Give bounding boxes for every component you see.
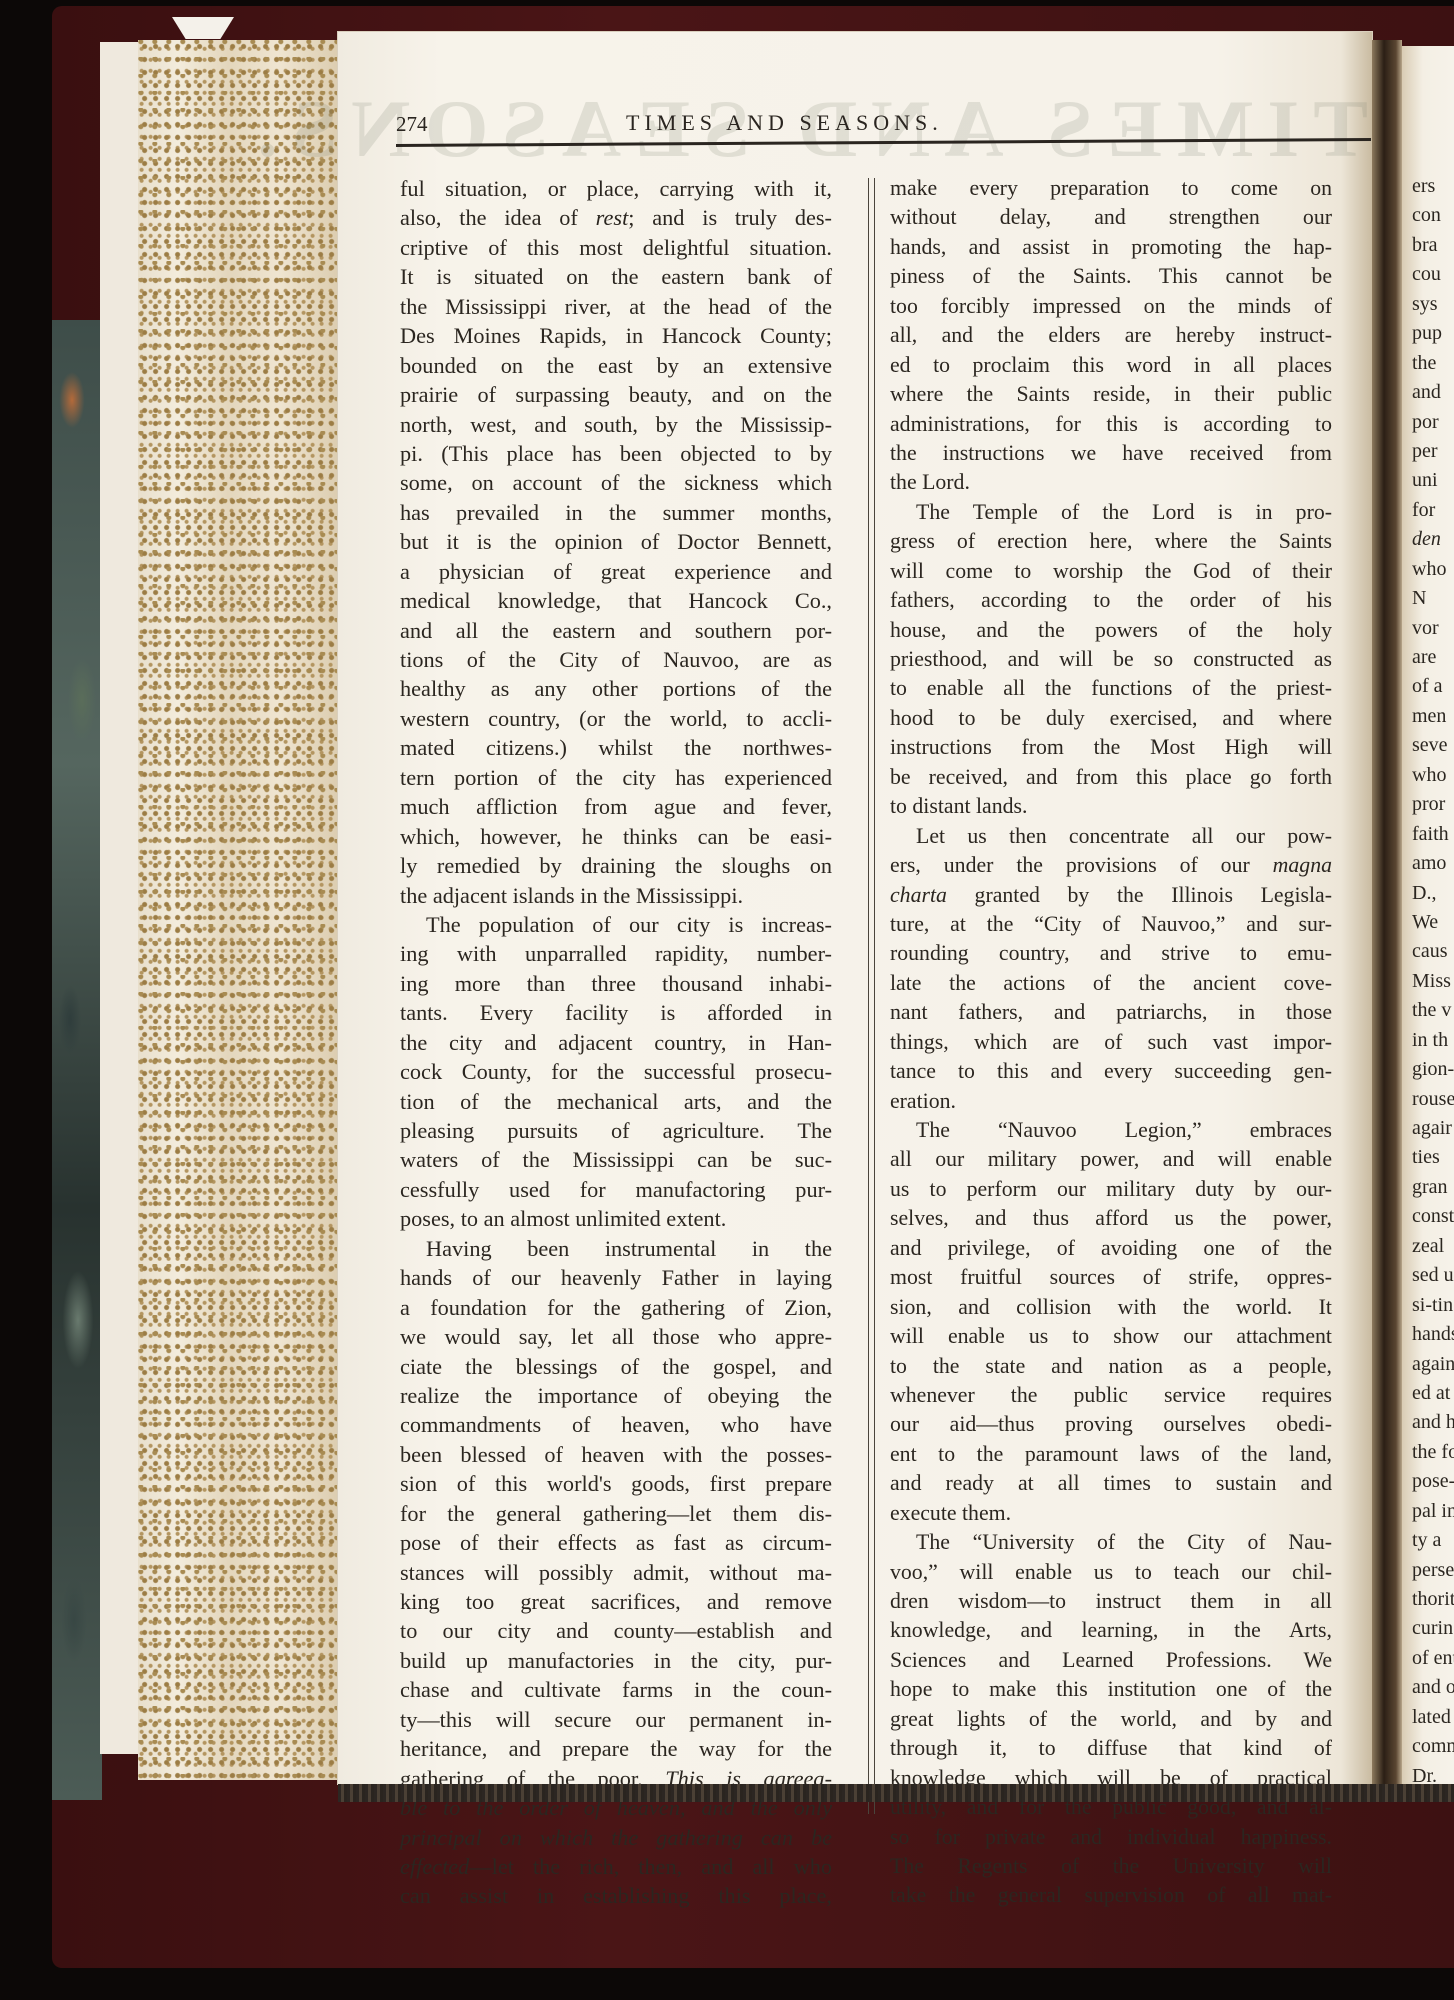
text-line-fragment: and [1412,378,1454,407]
text-line-fragment: in th [1412,1026,1454,1055]
text-line-fragment: the fo [1412,1438,1454,1467]
text-line: which, however, he thinks can be easi- [400,822,832,851]
text-line: selves, and thus afford us the power, [890,1204,1332,1233]
text-line-fragment: rouse [1412,1085,1454,1114]
text-line-fragment: vor [1412,614,1454,643]
text-line: chase and cultivate farms in the coun- [400,1675,832,1704]
text-line: pose of their effects as fast as circum- [400,1528,832,1557]
text-line: administrations, for this is according t… [890,410,1332,439]
text-line: be received, and from this place go fort… [890,763,1332,792]
text-line: western country, (or the world, to accli… [400,704,832,733]
text-line-fragment: con [1412,201,1454,230]
text-line-fragment: of ente [1412,1644,1454,1673]
text-line: make every preparation to come on [890,174,1332,203]
text-line-fragment: zeal [1412,1232,1454,1261]
text-line: poses, to an almost unlimited extent. [400,1204,832,1233]
text-line: Des Moines Rapids, in Hancock County; [400,321,832,350]
text-line: ful situation, or place, carrying with i… [400,174,832,203]
text-line-fragment: sys [1412,290,1454,319]
marbled-endpaper [52,320,102,1800]
text-line: build up manufactories in the city, pur- [400,1646,832,1675]
text-line-fragment: curing [1412,1614,1454,1643]
text-line: hood to be duly exercised, and where [890,704,1332,733]
text-line: the Mississippi river, at the head of th… [400,292,832,321]
text-line-fragment: faith [1412,820,1454,849]
text-line: we would say, let all those who appre- [400,1322,832,1351]
text-line-fragment: ed at [1412,1379,1454,1408]
text-line-fragment: const [1412,1202,1454,1231]
text-line: and ready at all times to sustain and [890,1469,1332,1498]
text-line: pleasing pursuits of agriculture. The [400,1116,832,1145]
text-line: whenever the public service requires [890,1381,1332,1410]
text-line-fragment: lated [1412,1703,1454,1732]
text-line: Sciences and Learned Professions. We [890,1646,1332,1675]
text-line: ing more than three thousand inhabi- [400,969,832,998]
text-line: our aid—thus proving ourselves obedi- [890,1410,1332,1439]
text-line: mated citizens.) whilst the northwes- [400,733,832,762]
running-title: TIMES AND SEASONS. [626,110,943,136]
text-line: us to perform our military duty by our- [890,1175,1332,1204]
text-line: to our city and county—establish and [400,1616,832,1645]
text-line-fragment: Dr. [1412,1762,1454,1786]
facing-page-fragment: ersconbracousyspuptheandporperunifordenw… [1402,46,1454,1786]
text-line: ers, under the provisions of our magna [890,851,1332,880]
text-line: cessfully used for manufactoring pur- [400,1175,832,1204]
text-line-fragment: cou [1412,260,1454,289]
text-line: great lights of the world, and by and [890,1705,1332,1734]
text-line-fragment: pup [1412,319,1454,348]
text-line-fragment: caus [1412,937,1454,966]
text-line: and all the eastern and southern por- [400,616,832,645]
text-line: a physician of great experience and [400,557,832,586]
text-line: the instructions we have received from [890,439,1332,468]
text-line-fragment: of a [1412,672,1454,701]
text-line: gress of erection here, where the Saints [890,527,1332,556]
text-line-fragment: uni [1412,466,1454,495]
text-line: ture, at the “City of Nauvoo,” and sur- [890,910,1332,939]
book-gutter [1372,40,1402,1785]
text-line: the city and adjacent country, in Han- [400,1028,832,1057]
text-line: much affliction from ague and fever, [400,792,832,821]
text-line-fragment: for [1412,496,1454,525]
column-divider [868,178,875,1814]
text-line-fragment: D., [1412,879,1454,908]
text-line: take the general supervision of all mat- [890,1881,1332,1910]
text-line: ed to proclaim this word in all places [890,351,1332,380]
text-line-fragment: agair [1412,1114,1454,1143]
text-line: Let us then concentrate all our pow- [890,822,1332,851]
text-line-fragment: gion- [1412,1055,1454,1084]
text-line-fragment: the v [1412,996,1454,1025]
foxed-page-edges [138,40,338,1780]
text-line-fragment: We [1412,908,1454,937]
text-line: most fruitful sources of strife, oppres- [890,1263,1332,1292]
text-line: will come to worship the God of their [890,557,1332,586]
text-line: commandments of heaven, who have [400,1410,832,1439]
text-line: also, the idea of rest; and is truly des… [400,203,832,232]
text-line-fragment: por [1412,408,1454,437]
text-line: too forcibly impressed on the minds of [890,292,1332,321]
text-line: and privilege, of avoiding one of the [890,1234,1332,1263]
text-line: healthy as any other portions of the [400,674,832,703]
text-line: hope to make this institution one of the [890,1675,1332,1704]
text-line: sion, and collision with the world. It [890,1293,1332,1322]
text-line: been blessed of heaven with the posses- [400,1440,832,1469]
text-line: north, west, and south, by the Mississip… [400,410,832,439]
text-line-fragment: are [1412,643,1454,672]
text-line: ly remedied by draining the sloughs on [400,851,832,880]
text-line: all our military power, and will enable [890,1145,1332,1174]
text-line: rounding country, and strive to emu- [890,939,1332,968]
text-line-fragment: hands [1412,1320,1454,1349]
text-line: The “University of the City of Nau- [890,1528,1332,1557]
page-number: 274 [396,112,428,137]
text-line: to distant lands. [890,792,1332,821]
text-line: Having been instrumental in the [400,1234,832,1263]
text-line-fragment: comm [1412,1732,1454,1761]
text-line-fragment: pror [1412,790,1454,819]
text-line-fragment: per [1412,437,1454,466]
text-line: the adjacent islands in the Mississippi. [400,881,832,910]
text-line: tance to this and every succeeding gen- [890,1057,1332,1086]
text-line: eration. [890,1087,1332,1116]
text-line-fragment: Miss [1412,967,1454,996]
text-line: through it, to diffuse that kind of [890,1734,1332,1763]
text-line: ty—this will secure our permanent in- [400,1705,832,1734]
text-line: fathers, according to the order of his [890,586,1332,615]
page-header: 274 TIMES AND SEASONS. [396,104,1371,144]
text-line: tions of the City of Nauvoo, are as [400,645,832,674]
text-line: house, and the powers of the holy [890,616,1332,645]
text-line-fragment: who [1412,555,1454,584]
text-line-fragment: seve [1412,731,1454,760]
text-line: all, and the elders are hereby instruct- [890,321,1332,350]
text-line-fragment: thoriti [1412,1585,1454,1614]
text-line-fragment: and h [1412,1408,1454,1437]
text-line: charta granted by the Illinois Legisla- [890,881,1332,910]
text-line-fragment: amo [1412,849,1454,878]
text-line-fragment: men [1412,702,1454,731]
text-line-fragment: N [1412,584,1454,613]
facing-page-column: ersconbracousyspuptheandporperunifordenw… [1412,172,1454,1786]
text-line: pi. (This place has been objected to by [400,439,832,468]
text-line: things, which are of such vast impor- [890,1028,1332,1057]
text-line: medical knowledge, that Hancock Co., [400,586,832,615]
text-line: heritance, and prepare the way for the [400,1734,832,1763]
text-line-fragment: pose- [1412,1467,1454,1496]
text-line: where the Saints reside, in their public [890,380,1332,409]
text-line-fragment: and of [1412,1673,1454,1702]
text-line: will enable us to show our attachment [890,1322,1332,1351]
text-line: but it is the opinion of Doctor Bennett, [400,527,832,556]
text-line: has prevailed in the summer months, [400,498,832,527]
text-line: hands of our heavenly Father in laying [400,1263,832,1292]
text-line: so for private and individual happiness. [890,1823,1332,1852]
text-line: knowledge, and learning, in the Arts, [890,1616,1332,1645]
text-line: priesthood, and will be so constructed a… [890,645,1332,674]
text-line-fragment: perse [1412,1556,1454,1585]
text-line-fragment: who [1412,761,1454,790]
text-line: The population of our city is increas- [400,910,832,939]
text-line: for the general gathering—let them dis- [400,1499,832,1528]
text-line: voo,” will enable us to teach our chil- [890,1558,1332,1587]
page-274: TIMES AND SEASONS. 274 TIMES AND SEASONS… [338,32,1372,1784]
text-line: ciate the blessings of the gospel, and [400,1352,832,1381]
text-line: sion of this world's goods, first prepar… [400,1469,832,1498]
text-line: dren wisdom—to instruct them in all [890,1587,1332,1616]
text-line: execute them. [890,1499,1332,1528]
text-line: tion of the mechanical arts, and the [400,1087,832,1116]
text-line: The “Nauvoo Legion,” embraces [890,1116,1332,1145]
text-line-fragment: ty a [1412,1526,1454,1555]
text-line: late the actions of the ancient cove- [890,969,1332,998]
text-line: The Temple of the Lord is in pro- [890,498,1332,527]
text-line: It is situated on the eastern bank of [400,262,832,291]
text-line: The Regents of the University will [890,1852,1332,1881]
text-line: ing with unparralled rapidity, number- [400,939,832,968]
text-line: tern portion of the city has experienced [400,763,832,792]
text-line-fragment: den [1412,525,1454,554]
text-line: criptive of this most delightful situati… [400,233,832,262]
text-line: realize the importance of obeying the [400,1381,832,1410]
text-line: principal on which the gathering can be [400,1823,832,1852]
text-line: can assist in establishing this place, [400,1881,832,1910]
right-column: make every preparation to come onwithout… [890,174,1332,1911]
text-line-fragment: bra [1412,231,1454,260]
text-line-fragment: the [1412,349,1454,378]
text-line-fragment: ers [1412,172,1454,201]
text-line: tants. Every facility is afforded in [400,998,832,1027]
text-line: hands, and assist in promoting the hap- [890,233,1332,262]
text-line: nant fathers, and patriarchs, in those [890,998,1332,1027]
text-line-fragment: ties [1412,1143,1454,1172]
text-line: to enable all the functions of the pries… [890,674,1332,703]
page-bottom-edge [338,1784,1454,1802]
text-line-fragment: sed u [1412,1261,1454,1290]
text-line: king too great sacrifices, and remove [400,1587,832,1616]
text-line: ent to the paramount laws of the land, [890,1440,1332,1469]
text-line-fragment: gran [1412,1173,1454,1202]
text-line: cock County, for the successful prosecu- [400,1057,832,1086]
text-line: piness of the Saints. This cannot be [890,262,1332,291]
text-line: stances will possibly admit, without ma- [400,1558,832,1587]
text-line: effected—let the rich, then, and all who [400,1852,832,1881]
text-line-fragment: si-tin [1412,1291,1454,1320]
text-line-fragment: again [1412,1350,1454,1379]
page-stack-edge [100,42,139,1754]
text-line: bounded on the east by an extensive [400,351,832,380]
text-line: a foundation for the gathering of Zion, [400,1293,832,1322]
text-line: some, on account of the sickness which [400,468,832,497]
left-column: ful situation, or place, carrying with i… [400,174,832,1911]
text-line: to the state and nation as a people, [890,1352,1332,1381]
text-line: waters of the Mississippi can be suc- [400,1145,832,1174]
text-line: without delay, and strengthen our [890,203,1332,232]
text-line-fragment: pal in [1412,1497,1454,1526]
text-line: the Lord. [890,468,1332,497]
text-line: prairie of surpassing beauty, and on the [400,380,832,409]
text-line: instructions from the Most High will [890,733,1332,762]
